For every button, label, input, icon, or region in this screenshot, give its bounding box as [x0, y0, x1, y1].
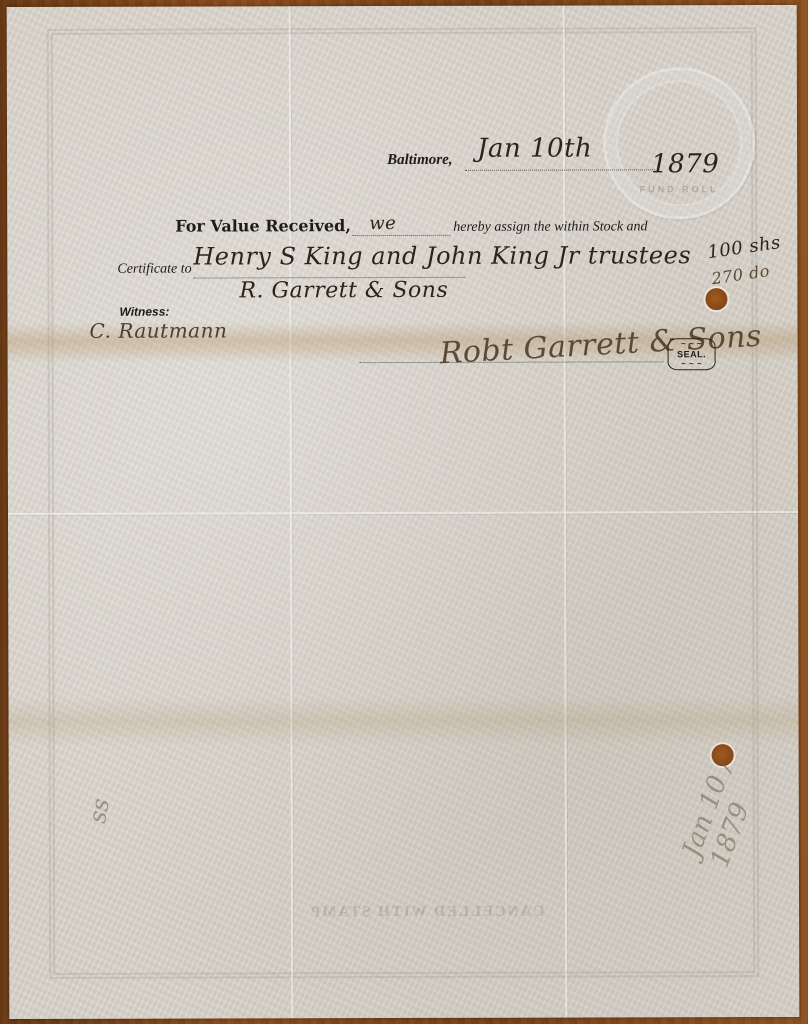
embossed-seal: FUND ROLL [603, 67, 755, 219]
punch-hole-upper [705, 288, 727, 310]
assignee-handwritten: Henry S King and John King Jr trustees [193, 241, 691, 270]
margin-scrawl-left: ss [83, 796, 115, 825]
place-label: Baltimore, [387, 152, 452, 169]
for-value-received-label: For Value Received, [175, 216, 351, 235]
certificate-to-label: Certificate to [117, 262, 191, 278]
seal-placeholder: SEAL. [668, 338, 716, 370]
witness-name-handwritten: C. Rautmann [89, 318, 227, 342]
water-stain-lower [8, 695, 798, 747]
certificate-paper: FUND ROLL Baltimore, Jan 10th 1879 For V… [7, 5, 800, 1019]
witness-label: Witness: [119, 305, 169, 319]
year-handwritten: 1879 [651, 149, 719, 179]
embossed-seal-text: FUND ROLL [606, 184, 752, 194]
date-handwritten: Jan 10th [477, 134, 592, 164]
cancelled-stamp-showthrough: CANCELLED WITH STAMP [309, 904, 544, 922]
second-line-handwritten: R. Garrett & Sons [239, 278, 448, 304]
assignor-handwritten: we [369, 213, 396, 234]
seal-label: SEAL. [677, 349, 706, 359]
assign-text: hereby assign the within Stock and [453, 219, 647, 236]
